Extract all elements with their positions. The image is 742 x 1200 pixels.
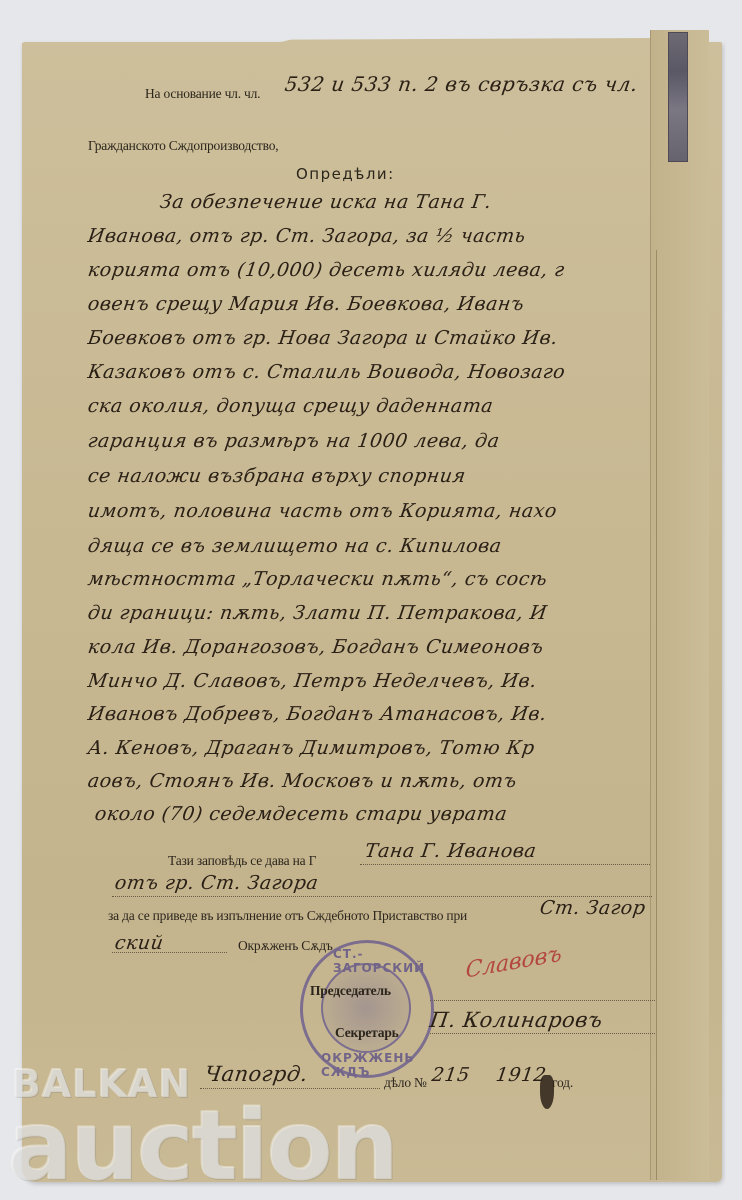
right-margin-flap xyxy=(650,30,709,1180)
page-title: Опредѣли: xyxy=(296,165,395,183)
body-line: А. Кеновъ, Драганъ Димитровъ, Тотю Кр xyxy=(86,737,536,759)
body-line: Ивановъ Добревъ, Богданъ Атанасовъ, Ив. xyxy=(86,703,548,725)
body-line: овенъ срещу Мария Ив. Боевкова, Иванъ xyxy=(86,293,525,315)
body-line: се наложи възбрана върху спорния xyxy=(86,465,467,487)
given-to-printed: Тази заповѣдь се дава на Г xyxy=(168,853,316,869)
body-line: аовъ, Стоянъ Ив. Московъ и пѫть, отъ xyxy=(86,770,518,792)
body-line: Боевковъ отъ гр. Нова Загора и Стайко Ив… xyxy=(86,327,559,349)
court-dotted-line xyxy=(112,952,227,953)
given-to-dotted-line xyxy=(360,864,650,865)
from-handwritten: отъ гр. Ст. Загора xyxy=(113,872,319,894)
court-printed: Окрѫженъ Сѫдъ xyxy=(238,938,333,954)
code-printed: Гражданското Сждопроизводство, xyxy=(88,138,278,154)
ink-blot xyxy=(540,1075,554,1109)
body-line: мѣстността „Торлачески пѫть“, съ сосѣ xyxy=(86,568,548,590)
body-line: гаранция въ размѣръ на 1000 лева, да xyxy=(86,430,501,452)
execution-printed: за да се приведе въ изпълнение отъ Сждеб… xyxy=(108,908,467,924)
basis-printed: На основание чл. чл. xyxy=(145,86,260,102)
execution-handwritten: Ст. Загор xyxy=(538,897,647,919)
body-line: За обезпечение иска на Тана Г. xyxy=(158,191,492,213)
case-label: дѣло № xyxy=(384,1075,427,1091)
body-line: Минчо Д. Славовъ, Петръ Неделчевъ, Ив. xyxy=(86,670,538,692)
stamp-top-text: СТ.-ЗАГОРСКИЙ xyxy=(333,947,431,975)
given-to-handwritten: Тана Г. Иванова xyxy=(363,840,537,862)
secretary-dotted-line xyxy=(430,1033,655,1034)
revenue-stamp-stub xyxy=(668,32,688,162)
margin-rule xyxy=(656,250,657,1180)
body-line: Казаковъ отъ с. Сталиль Воивода, Новозаг… xyxy=(86,361,566,383)
chairman-dotted-line xyxy=(430,1000,655,1001)
secretary-signature: П. Колинаровъ xyxy=(428,1008,604,1032)
body-line: около (70) седемдесеть стари увратa xyxy=(93,803,508,825)
basis-handwritten: 532 и 533 п. 2 въ свръзка съ чл. xyxy=(283,72,639,96)
body-line: имотъ, половина часть отъ Корията, нахо xyxy=(86,500,558,522)
body-line: Иванова, отъ гр. Ст. Загора, за ½ часть xyxy=(86,225,527,247)
court-seal-stamp: СТ.-ЗАГОРСКИЙ ОКРЖЖЕНЬ СЖДЪ xyxy=(300,940,434,1078)
court-prefix-handwritten: ский xyxy=(113,932,165,954)
secretary-label: Секретарь xyxy=(335,1025,399,1041)
place-handwritten: Чапогрд. xyxy=(203,1062,309,1086)
chairman-label: Председатель xyxy=(310,983,391,999)
place-dotted-line xyxy=(200,1088,380,1089)
body-line: ди граници: пѫть, Злати П. Петракова, И xyxy=(86,602,548,624)
body-line: кола Ив. Дорангозовъ, Богданъ Симеоновъ xyxy=(86,636,545,658)
case-number: 215 xyxy=(430,1064,471,1086)
watermark-auction: auction xyxy=(8,1090,397,1200)
year-suffix: год. xyxy=(552,1075,573,1091)
body-line: ска околия, допуща срещу даденната xyxy=(86,395,494,417)
body-line: корията отъ (10,000) десеть хиляди лева,… xyxy=(86,259,566,281)
body-line: дяща се въ землището на с. Кипилова xyxy=(86,535,503,557)
